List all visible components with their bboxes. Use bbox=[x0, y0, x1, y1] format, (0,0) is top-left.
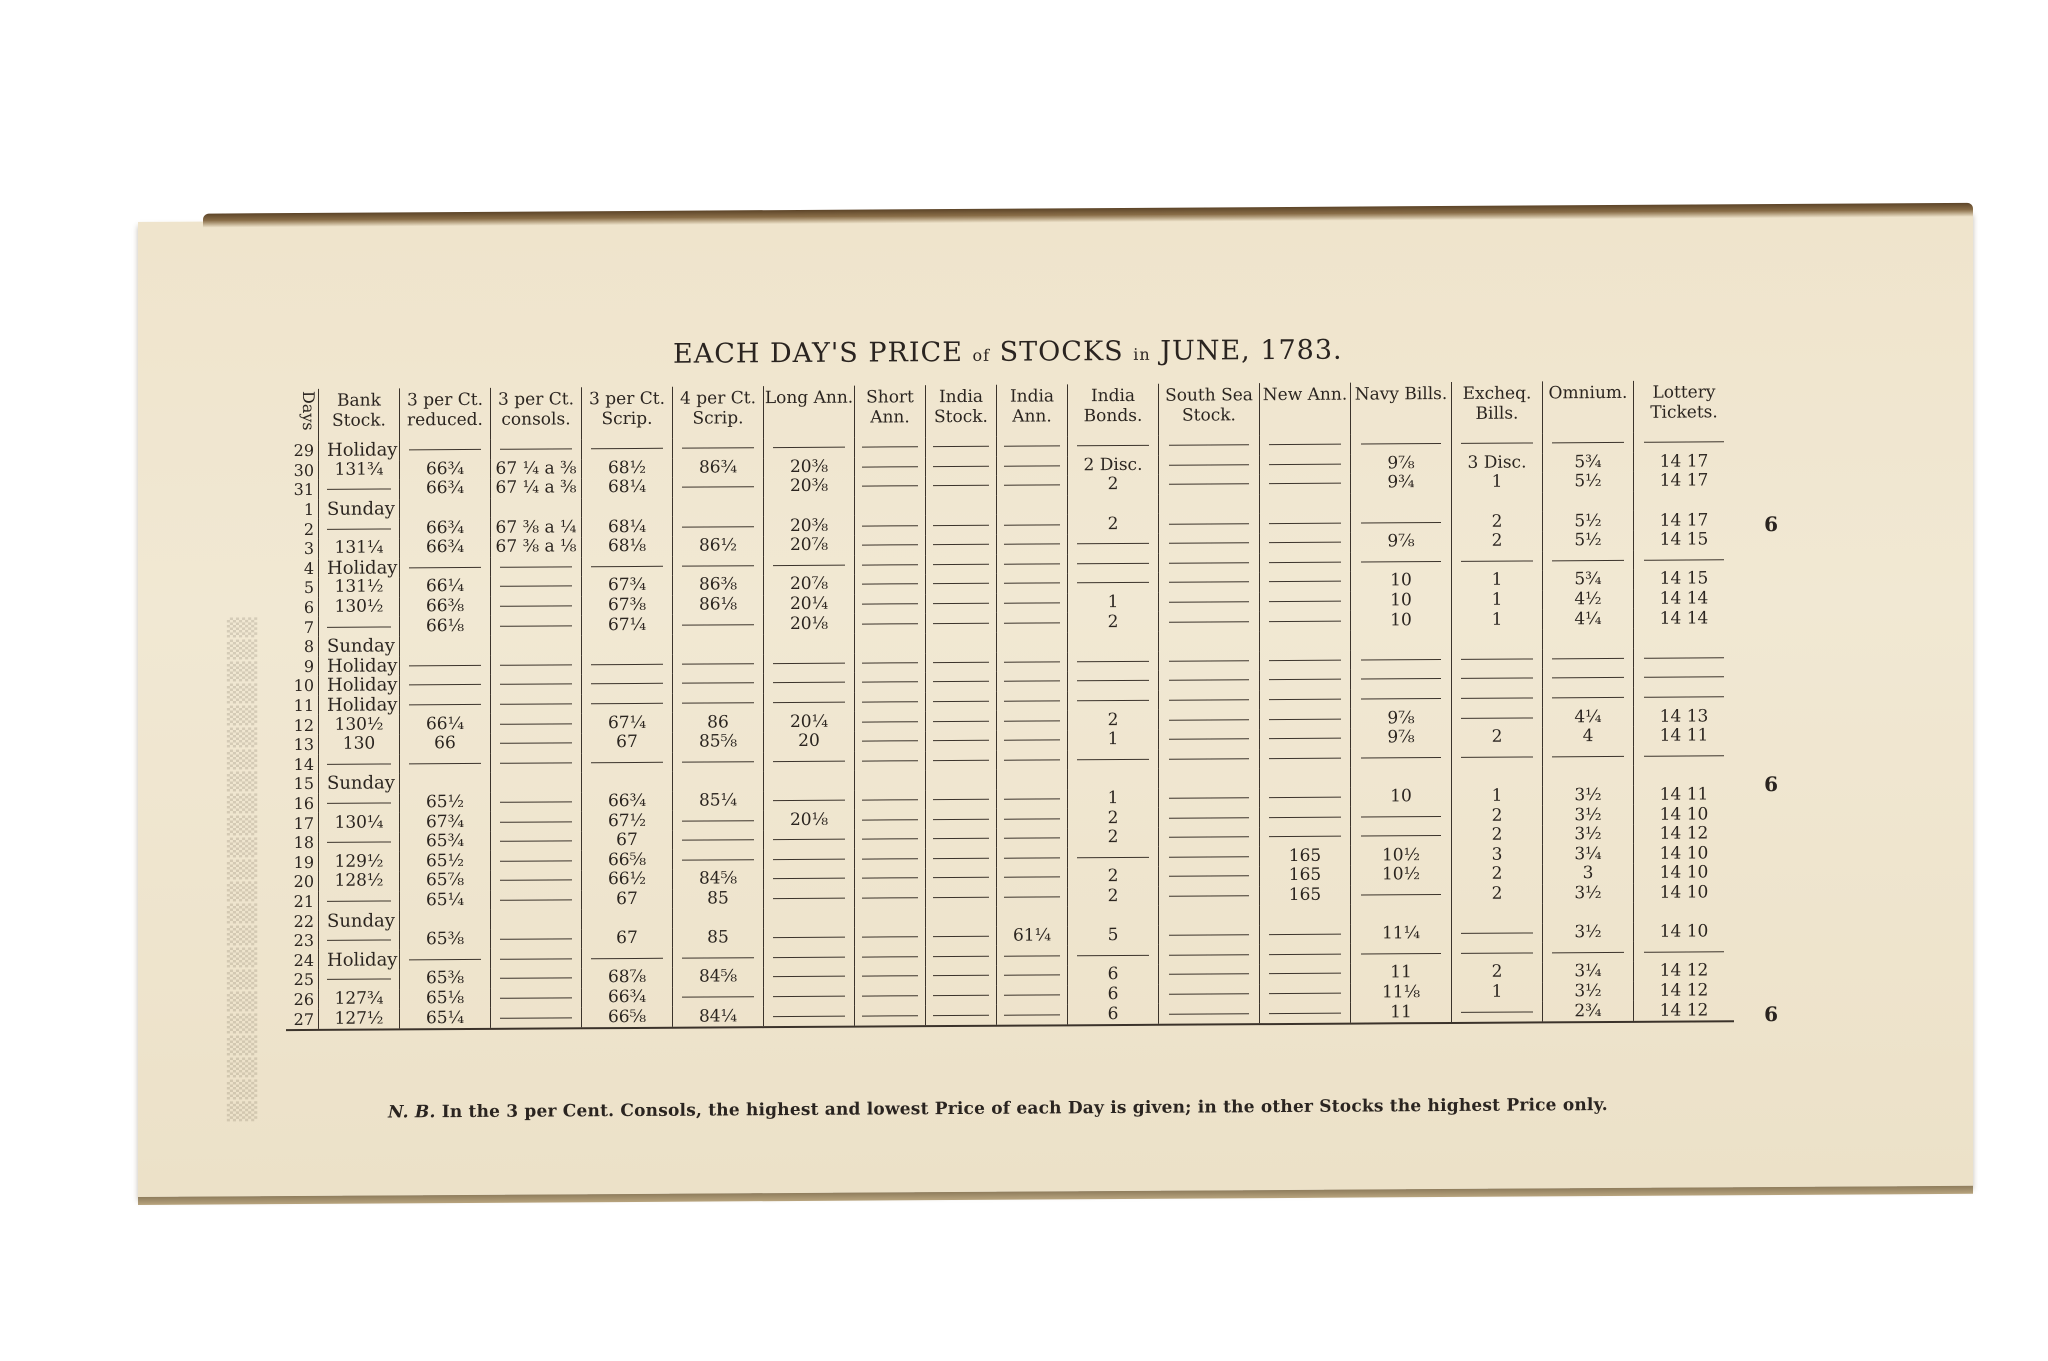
price-cell: 2¾ bbox=[1543, 1001, 1634, 1022]
rule-line bbox=[862, 584, 918, 585]
rule-line bbox=[1361, 522, 1441, 523]
blank-rule-cell bbox=[1068, 945, 1159, 965]
footnote: N. B. In the 3 per Cent. Consols, the hi… bbox=[388, 1095, 1608, 1122]
price-cell: 68⅛ bbox=[582, 537, 673, 557]
price-cell: 65⅜ bbox=[400, 930, 491, 950]
blank-rule-cell bbox=[319, 754, 400, 774]
rule-line bbox=[500, 821, 572, 822]
price-cell: 20⅜ bbox=[764, 477, 855, 497]
blank-rule-cell bbox=[1351, 747, 1452, 767]
blank-rule-cell bbox=[1159, 533, 1260, 553]
rule-line bbox=[862, 525, 918, 526]
price-cell: 1 bbox=[1068, 730, 1159, 750]
rule-line bbox=[773, 898, 845, 899]
day-number: 26 bbox=[286, 990, 319, 1010]
rule-line bbox=[862, 740, 918, 741]
price-cell: 85¼ bbox=[673, 791, 764, 811]
rule-line bbox=[1077, 955, 1149, 956]
rule-line bbox=[1552, 952, 1624, 953]
blank-rule-cell bbox=[1351, 552, 1452, 572]
price-cell bbox=[997, 495, 1068, 515]
rule-line bbox=[1644, 442, 1724, 443]
day-number: 8 bbox=[286, 637, 319, 657]
rule-line bbox=[933, 799, 989, 800]
rule-line bbox=[1169, 856, 1249, 857]
blank-rule-cell bbox=[1351, 669, 1452, 689]
blank-rule-cell bbox=[1452, 688, 1543, 708]
blank-rule-cell bbox=[491, 929, 582, 949]
blank-rule-cell bbox=[1260, 709, 1351, 729]
price-cell: 20⅞ bbox=[764, 536, 855, 556]
rule-line bbox=[933, 603, 989, 604]
blank-rule-cell bbox=[764, 888, 855, 908]
blank-rule-cell bbox=[926, 652, 997, 672]
price-cell bbox=[1068, 769, 1159, 789]
price-cell: 10 bbox=[1351, 787, 1452, 807]
price-cell: 2 bbox=[1068, 886, 1159, 906]
price-cell: 2 bbox=[1452, 864, 1543, 884]
rule-line bbox=[773, 976, 845, 977]
price-cell bbox=[1159, 905, 1260, 925]
rule-line bbox=[409, 704, 481, 705]
price-cell: 165 bbox=[1260, 885, 1351, 905]
price-cell: 9⅞ bbox=[1351, 532, 1452, 552]
rule-line bbox=[682, 957, 754, 958]
price-cell: 65½ bbox=[400, 793, 491, 813]
price-cell: 1 bbox=[1452, 610, 1543, 630]
blank-rule-cell bbox=[491, 576, 582, 596]
price-cell: 67⅜ bbox=[582, 595, 673, 615]
rule-line bbox=[1169, 562, 1249, 563]
price-cell bbox=[1260, 493, 1351, 513]
price-cell: 14 15 bbox=[1634, 569, 1735, 589]
blank-rule-cell bbox=[1159, 964, 1260, 984]
blank-rule-cell bbox=[491, 616, 582, 636]
day-number: 14 bbox=[286, 754, 319, 774]
blank-rule-cell bbox=[1159, 611, 1260, 631]
rule-line bbox=[773, 447, 845, 448]
blank-rule-cell bbox=[491, 831, 582, 851]
margin-mark: 6 bbox=[1764, 772, 1778, 796]
stock-price-table: DaysBank Stock.3 per Ct. reduced.3 per C… bbox=[286, 380, 1734, 1031]
blank-rule-cell bbox=[491, 439, 582, 459]
rule-line bbox=[862, 564, 918, 565]
price-cell: 20¼ bbox=[764, 712, 855, 732]
rule-line bbox=[1004, 602, 1060, 603]
blank-rule-cell bbox=[1068, 749, 1159, 769]
rule-line bbox=[682, 487, 754, 488]
rule-line bbox=[1004, 877, 1060, 878]
price-cell: 66½ bbox=[582, 870, 673, 890]
rule-line bbox=[500, 703, 572, 704]
price-cell: 66⅝ bbox=[582, 850, 673, 870]
blank-rule-cell bbox=[1351, 512, 1452, 532]
blank-rule-cell bbox=[997, 828, 1068, 848]
day-number: 21 bbox=[286, 892, 319, 912]
price-cell bbox=[764, 496, 855, 516]
price-cell: 14 11 bbox=[1634, 785, 1735, 805]
price-cell: 3¼ bbox=[1543, 844, 1634, 864]
blank-rule-cell bbox=[673, 948, 764, 968]
rule-line bbox=[1004, 857, 1060, 858]
rule-line bbox=[1169, 993, 1249, 994]
rule-line bbox=[1269, 562, 1341, 563]
rule-line bbox=[1361, 953, 1441, 954]
rule-line bbox=[1644, 559, 1724, 560]
blank-rule-cell bbox=[764, 986, 855, 1006]
day-number: 2 bbox=[286, 519, 319, 539]
rule-line bbox=[1004, 485, 1060, 486]
closed-day-label: Holiday bbox=[319, 656, 400, 676]
price-cell: 11⅛ bbox=[1351, 983, 1452, 1003]
rule-line bbox=[591, 664, 663, 665]
price-cell: 2 bbox=[1452, 531, 1543, 551]
price-cell: 3½ bbox=[1543, 981, 1634, 1001]
blank-rule-cell bbox=[855, 516, 926, 536]
price-cell: 20⅛ bbox=[764, 614, 855, 634]
day-number: 19 bbox=[286, 852, 319, 872]
blank-rule-cell bbox=[1543, 550, 1634, 570]
rule-line bbox=[1361, 443, 1441, 444]
blank-rule-cell bbox=[855, 653, 926, 673]
blank-rule-cell bbox=[764, 967, 855, 987]
price-cell: 85⅝ bbox=[673, 732, 764, 752]
price-cell: 6 bbox=[1068, 965, 1159, 985]
price-cell: 65⅜ bbox=[400, 969, 491, 989]
price-cell: 14 12 bbox=[1634, 961, 1735, 981]
rule-line bbox=[500, 566, 572, 567]
rule-line bbox=[1644, 696, 1724, 697]
rule-line bbox=[500, 978, 572, 979]
blank-rule-cell bbox=[926, 985, 997, 1005]
price-cell: 66 bbox=[400, 734, 491, 754]
rule-line bbox=[1004, 622, 1060, 623]
blank-rule-cell bbox=[319, 832, 400, 852]
rule-line bbox=[1361, 698, 1441, 699]
blank-rule-cell bbox=[926, 594, 997, 614]
day-number: 9 bbox=[286, 656, 319, 676]
price-cell: 68½ bbox=[582, 458, 673, 478]
blank-rule-cell bbox=[764, 438, 855, 458]
price-cell: 14 10 bbox=[1634, 844, 1735, 864]
rule-line bbox=[933, 720, 989, 721]
price-cell: 10½ bbox=[1351, 845, 1452, 865]
blank-rule-cell bbox=[855, 555, 926, 575]
price-cell: 128½ bbox=[319, 871, 400, 891]
blank-rule-cell bbox=[926, 789, 997, 809]
table-header-row: DaysBank Stock.3 per Ct. reduced.3 per C… bbox=[286, 380, 1734, 441]
rule-line bbox=[1361, 894, 1441, 895]
rule-line bbox=[500, 899, 572, 900]
blank-rule-cell bbox=[764, 849, 855, 869]
blank-rule-cell bbox=[997, 887, 1068, 907]
blank-rule-cell bbox=[926, 456, 997, 476]
rule-line bbox=[500, 723, 572, 724]
price-cell bbox=[1068, 632, 1159, 652]
rule-line bbox=[1644, 951, 1724, 952]
price-cell bbox=[997, 769, 1068, 789]
price-cell: 14 17 bbox=[1634, 471, 1735, 491]
blank-rule-cell bbox=[1260, 670, 1351, 690]
rule-line bbox=[591, 683, 663, 684]
rule-line bbox=[1552, 658, 1624, 659]
day-number: 23 bbox=[286, 931, 319, 951]
price-cell bbox=[1452, 904, 1543, 924]
rule-line bbox=[1461, 952, 1533, 953]
rule-line bbox=[682, 859, 754, 860]
blank-rule-cell bbox=[997, 711, 1068, 731]
price-cell bbox=[673, 771, 764, 791]
rule-line bbox=[1269, 797, 1341, 798]
blank-rule-cell bbox=[997, 985, 1068, 1005]
day-number: 4 bbox=[286, 558, 319, 578]
blank-rule-cell bbox=[1260, 1003, 1351, 1024]
price-cell: 1 bbox=[1452, 982, 1543, 1002]
price-cell: 2 bbox=[1068, 514, 1159, 534]
rule-line bbox=[327, 940, 391, 941]
price-cell: 14 12 bbox=[1634, 824, 1735, 844]
blank-rule-cell bbox=[1159, 807, 1260, 827]
rule-line bbox=[862, 995, 918, 996]
rule-line bbox=[862, 858, 918, 859]
blank-rule-cell bbox=[926, 750, 997, 770]
blank-rule-cell bbox=[1260, 807, 1351, 827]
closed-day-label: Sunday bbox=[319, 636, 400, 656]
blank-rule-cell bbox=[997, 946, 1068, 966]
blank-rule-cell bbox=[1543, 746, 1634, 766]
rule-line bbox=[682, 820, 754, 821]
rule-line bbox=[933, 936, 989, 937]
rule-line bbox=[862, 838, 918, 839]
blank-rule-cell bbox=[764, 692, 855, 712]
price-cell bbox=[1543, 629, 1634, 649]
price-cell: 68⅞ bbox=[582, 968, 673, 988]
day-number: 3 bbox=[286, 539, 319, 559]
rule-line bbox=[591, 958, 663, 959]
blank-rule-cell bbox=[764, 555, 855, 575]
page-title: EACH DAY'S PRICE of STOCKS in JUNE, 1783… bbox=[673, 335, 1343, 370]
rule-line bbox=[773, 682, 845, 683]
rule-line bbox=[500, 801, 572, 802]
price-cell: 66¾ bbox=[400, 518, 491, 538]
price-cell: 66¾ bbox=[400, 459, 491, 479]
price-cell: 20 bbox=[764, 732, 855, 752]
blank-rule-cell bbox=[997, 515, 1068, 535]
price-cell: 84⅝ bbox=[673, 967, 764, 987]
price-cell bbox=[1068, 906, 1159, 926]
rule-line bbox=[1461, 443, 1533, 444]
rule-line bbox=[862, 878, 918, 879]
blank-rule-cell bbox=[319, 617, 400, 637]
rule-line bbox=[591, 566, 663, 567]
blank-rule-cell bbox=[491, 1008, 582, 1029]
price-cell bbox=[1068, 495, 1159, 515]
price-cell: 5 bbox=[1068, 926, 1159, 946]
rule-line bbox=[862, 486, 918, 487]
rule-line bbox=[500, 449, 572, 450]
blank-rule-cell bbox=[997, 573, 1068, 593]
rule-line bbox=[1461, 658, 1533, 659]
blank-rule-cell bbox=[1260, 787, 1351, 807]
price-cell: 130¼ bbox=[319, 813, 400, 833]
price-cell: 20¼ bbox=[764, 594, 855, 614]
blank-rule-cell bbox=[926, 1005, 997, 1026]
blank-rule-cell bbox=[997, 436, 1068, 456]
price-cell bbox=[1159, 494, 1260, 514]
price-cell bbox=[764, 908, 855, 928]
blank-rule-cell bbox=[1159, 945, 1260, 965]
price-cell: 1 bbox=[1452, 590, 1543, 610]
blank-rule-cell bbox=[582, 948, 673, 968]
blank-rule-cell bbox=[997, 534, 1068, 554]
rule-line bbox=[1269, 601, 1341, 602]
blank-rule-cell bbox=[1351, 943, 1452, 963]
closed-day-label: Holiday bbox=[319, 558, 400, 578]
day-number: 31 bbox=[286, 480, 319, 500]
price-cell: 3½ bbox=[1543, 805, 1634, 825]
rule-line bbox=[1361, 757, 1441, 758]
price-cell: 4¼ bbox=[1543, 707, 1634, 727]
blank-rule-cell bbox=[400, 557, 491, 577]
blank-rule-cell bbox=[1159, 514, 1260, 534]
blank-rule-cell bbox=[855, 594, 926, 614]
blank-rule-cell bbox=[926, 691, 997, 711]
price-cell: 10 bbox=[1351, 610, 1452, 630]
day-number: 18 bbox=[286, 833, 319, 853]
day-number: 13 bbox=[286, 735, 319, 755]
blank-rule-cell bbox=[673, 517, 764, 537]
rule-line bbox=[1004, 583, 1060, 584]
price-cell: 84¼ bbox=[673, 1006, 764, 1027]
price-cell bbox=[400, 910, 491, 930]
day-number: 30 bbox=[286, 460, 319, 480]
blank-rule-cell bbox=[1543, 648, 1634, 668]
day-number: 5 bbox=[286, 578, 319, 598]
day-number: 1 bbox=[286, 500, 319, 520]
blank-rule-cell bbox=[1452, 747, 1543, 767]
price-cell: 129½ bbox=[319, 852, 400, 872]
column-header: India Bonds. bbox=[1068, 384, 1159, 437]
blank-rule-cell bbox=[926, 515, 997, 535]
blank-rule-cell bbox=[673, 987, 764, 1007]
blank-rule-cell bbox=[855, 457, 926, 477]
rule-line bbox=[500, 841, 572, 842]
blank-rule-cell bbox=[997, 554, 1068, 574]
column-header: Excheq. Bills. bbox=[1452, 381, 1543, 434]
price-cell: 131½ bbox=[319, 578, 400, 598]
rule-line bbox=[933, 662, 989, 663]
price-cell: 2 bbox=[1452, 512, 1543, 532]
blank-rule-cell bbox=[1634, 648, 1735, 668]
price-cell: 67¾ bbox=[400, 812, 491, 832]
blank-rule-cell bbox=[1068, 436, 1159, 456]
rule-line bbox=[1269, 816, 1341, 817]
price-cell: 14 10 bbox=[1634, 805, 1735, 825]
blank-rule-cell bbox=[764, 927, 855, 947]
rule-line bbox=[933, 975, 989, 976]
blank-rule-cell bbox=[673, 830, 764, 850]
blank-rule-cell bbox=[1159, 984, 1260, 1004]
blank-rule-cell bbox=[582, 693, 673, 713]
blank-rule-cell bbox=[400, 949, 491, 969]
blank-rule-cell bbox=[1452, 433, 1543, 453]
blank-rule-cell bbox=[926, 809, 997, 829]
price-cell bbox=[997, 907, 1068, 927]
blank-rule-cell bbox=[1260, 826, 1351, 846]
blank-rule-cell bbox=[1351, 434, 1452, 454]
blank-rule-cell bbox=[1351, 689, 1452, 709]
price-cell bbox=[582, 635, 673, 655]
rule-line bbox=[1269, 444, 1341, 445]
price-cell: 130½ bbox=[319, 715, 400, 735]
blank-rule-cell bbox=[997, 671, 1068, 691]
price-cell: 11¼ bbox=[1351, 924, 1452, 944]
blank-rule-cell bbox=[926, 535, 997, 555]
price-cell: 14 11 bbox=[1634, 726, 1735, 746]
price-cell: 67 ⅜ a ⅛ bbox=[491, 537, 582, 557]
price-cell: 20⅞ bbox=[764, 575, 855, 595]
blank-rule-cell bbox=[1159, 474, 1260, 494]
price-cell: 66⅛ bbox=[400, 616, 491, 636]
blank-rule-cell bbox=[1543, 688, 1634, 708]
day-number: 16 bbox=[286, 794, 319, 814]
price-cell: 66¾ bbox=[582, 791, 673, 811]
column-header: Navy Bills. bbox=[1351, 382, 1452, 435]
price-cell bbox=[1260, 631, 1351, 651]
rule-line bbox=[1361, 678, 1441, 679]
blank-rule-cell bbox=[997, 789, 1068, 809]
rule-line bbox=[1004, 446, 1060, 447]
blank-rule-cell bbox=[491, 792, 582, 812]
table-body: 29Holiday30131¾66¾67 ¼ a ⅜68½86¾20⅜2 Dis… bbox=[286, 432, 1734, 1030]
rule-line bbox=[500, 664, 572, 665]
price-cell bbox=[491, 498, 582, 518]
rule-line bbox=[862, 545, 918, 546]
price-cell: 14 12 bbox=[1634, 981, 1735, 1001]
blank-rule-cell bbox=[491, 988, 582, 1008]
rule-line bbox=[327, 626, 391, 627]
blank-rule-cell bbox=[855, 1005, 926, 1026]
price-cell: 3½ bbox=[1543, 825, 1634, 845]
blank-rule-cell bbox=[319, 891, 400, 911]
rule-line bbox=[409, 665, 481, 666]
blank-rule-cell bbox=[997, 593, 1068, 613]
rule-line bbox=[862, 447, 918, 448]
blank-rule-cell bbox=[1543, 942, 1634, 962]
rule-line bbox=[862, 936, 918, 937]
rule-line bbox=[933, 897, 989, 898]
document-page: ▒▒▒▒▒▒▒▒▒▒▒▒▒▒▒▒▒▒▒▒▒▒▒ EACH DAY'S PRICE… bbox=[138, 211, 1973, 1197]
blank-rule-cell bbox=[764, 869, 855, 889]
rule-line bbox=[1269, 934, 1341, 935]
rule-line bbox=[773, 663, 845, 664]
rule-line bbox=[409, 763, 481, 764]
blank-rule-cell bbox=[1260, 454, 1351, 474]
rule-line bbox=[1461, 1011, 1533, 1012]
column-header: India Ann. bbox=[997, 384, 1068, 436]
blank-rule-cell bbox=[1260, 983, 1351, 1003]
blank-rule-cell bbox=[673, 850, 764, 870]
blank-rule-cell bbox=[491, 753, 582, 773]
blank-rule-cell bbox=[855, 731, 926, 751]
price-cell: 67 bbox=[582, 889, 673, 909]
price-cell: 3 Disc. bbox=[1452, 453, 1543, 473]
price-cell: 68¼ bbox=[582, 478, 673, 498]
blank-rule-cell bbox=[1260, 591, 1351, 611]
price-cell: 1 bbox=[1452, 473, 1543, 493]
price-cell bbox=[1260, 768, 1351, 788]
rule-line bbox=[1269, 718, 1341, 719]
